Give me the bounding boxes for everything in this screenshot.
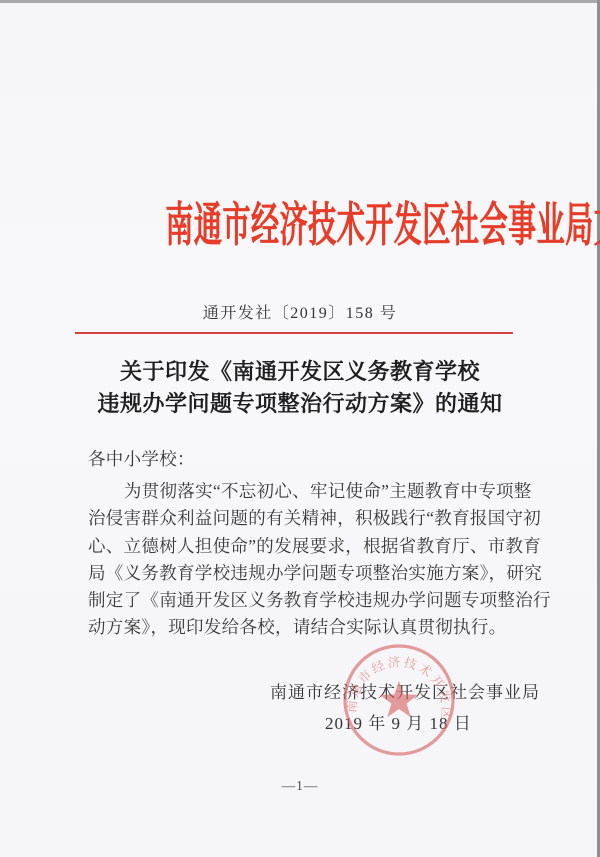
issue-date: 2019 年 9 月 18 日	[325, 709, 472, 734]
page-number: —1—	[0, 778, 600, 794]
body-line: 为贯彻落实“不忘初心、牢记使命”主题教育中专项整	[88, 478, 522, 505]
body-text: 各中小学校： 为贯彻落实“不忘初心、牢记使命”主题教育中专项整 治侵害群众利益问…	[88, 446, 522, 641]
red-letterhead: 南通市经济技术开发区社会事业局文件	[0, 188, 600, 255]
red-divider-line	[75, 332, 513, 334]
notice-title-line1: 关于印发《南通开发区义务教育学校	[0, 356, 600, 388]
body-line: 动方案》，现印发给各校，请结合实际认真贯彻执行。	[88, 614, 522, 641]
body-line: 制定了《南通开发区义务教育学校违规办学问题专项整治行	[88, 587, 522, 614]
salutation: 各中小学校：	[88, 446, 522, 473]
notice-title: 关于印发《南通开发区义务教育学校 违规办学问题专项整治行动方案》的通知	[0, 356, 600, 420]
issuing-authority-signature: 南通市经济技术开发区社会事业局	[270, 678, 540, 703]
scan-top-edge	[0, 0, 600, 3]
body-line: 局《义务教育学校违规办学问题专项整治实施方案》，研究	[88, 560, 522, 587]
body-line: 治侵害群众利益问题的有关精神，积极践行“教育报国守初	[88, 505, 522, 532]
notice-title-line2: 违规办学问题专项整治行动方案》的通知	[0, 388, 600, 420]
document-page: 南通市经济技术开发区社会事业局文件 通开发社〔2019〕158 号 关于印发《南…	[0, 0, 600, 857]
letterhead-text: 南通市经济技术开发区社会事业局文件	[165, 188, 600, 255]
body-line: 心、立德树人担使命”的发展要求，根据省教育厅、市教育	[88, 533, 522, 560]
document-number: 通开发社〔2019〕158 号	[0, 300, 600, 323]
